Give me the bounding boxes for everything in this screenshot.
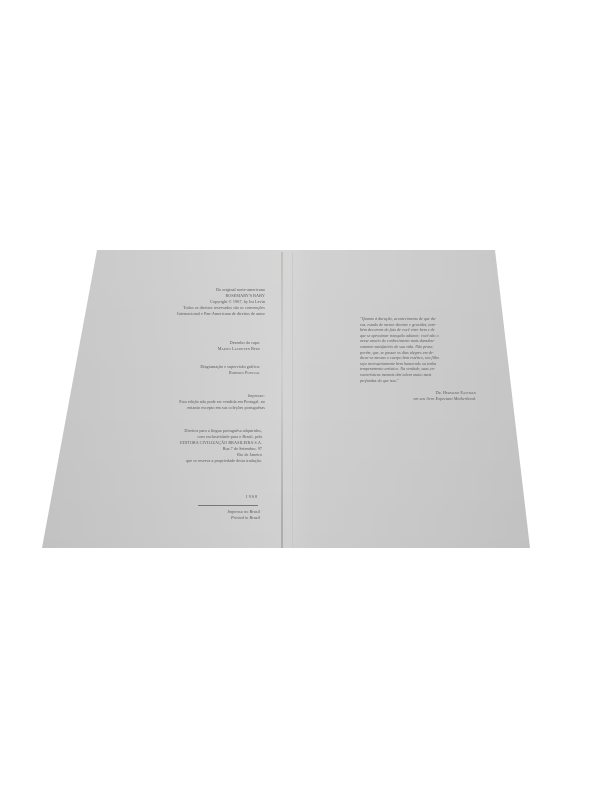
book-gutter <box>281 252 283 548</box>
divider-rule <box>198 505 258 506</box>
rights-block: Direitos para a língua portuguêsa adquir… <box>165 428 262 464</box>
printed-in-block: Impresso no Brasil Printed in Brazil <box>200 509 260 521</box>
epigraph-text: "Quanto à duração, acontecimento de que … <box>360 316 475 383</box>
publication-year: 1968 <box>220 494 258 500</box>
original-title-block: Do original norte-americano ROSEMARY'S B… <box>170 287 265 317</box>
design-credit: Diagramação e supervisão gráfica: Robert… <box>170 364 260 376</box>
cover-credit: Desenho da capa: Marius Lauritzen Bern <box>170 340 260 352</box>
sale-notice: Impresso: Esta edição não pode ser vendi… <box>170 393 265 411</box>
open-book: Do original norte-americano ROSEMARY'S B… <box>0 0 600 800</box>
epigraph-attribution: Dr. Hermann Eastman em seu livro Expecta… <box>380 390 476 402</box>
